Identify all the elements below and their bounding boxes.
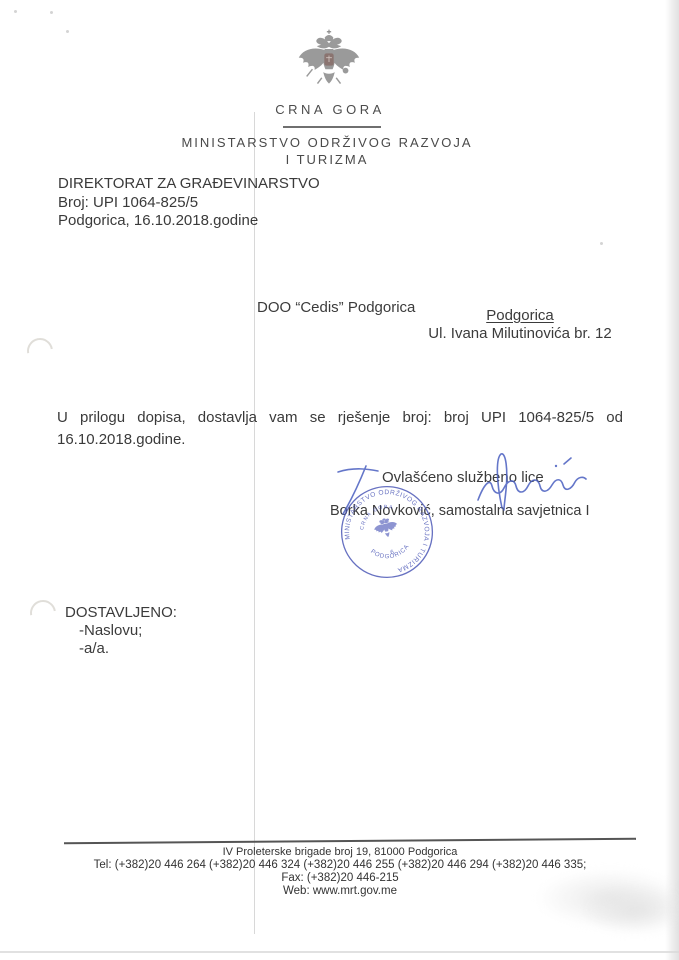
recipient-city: Podgorica [440,307,600,324]
header-rule [283,126,381,128]
body-line1: U prilogu dopisa, dostavlja vam se rješe… [57,407,623,429]
footer-website: Web: www.mrt.gov.me [40,885,640,897]
recipient-address: Ul. Ivana Milutinovića br. 12 [420,325,620,342]
scan-speck [66,30,69,33]
footer-street-address: IV Proleterske brigade broj 19, 81000 Po… [40,846,640,858]
distribution-title: DOSTAVLJENO: [65,604,177,621]
ministry-name-line1: MINISTARSTVO ODRŽIVOG RAZVOJA [147,135,507,150]
vertical-fold-line [254,112,255,934]
distribution-item: -Naslovu; [79,622,142,639]
country-name: CRNA GORA [230,102,430,117]
distribution-item: -a/a. [79,640,109,657]
footer-telephone: Tel: (+382)20 446 264 (+382)20 446 324 (… [40,859,640,871]
punch-hole [25,595,61,631]
place-and-date: Podgorica, 16.10.2018.godine [58,212,320,231]
case-number: Broj: UPI 1064-825/5 [58,194,320,213]
scan-speck [50,11,53,14]
punch-hole [22,333,58,369]
scan-bottom-edge-line [0,951,679,953]
reference-block: DIREKTORAT ZA GRAĐEVINARSTVO Broj: UPI 1… [58,175,320,231]
recipient-company: DOO “Cedis” Podgorica [257,299,415,316]
scan-right-edge-shadow [665,0,679,960]
montenegro-coat-of-arms-icon [293,27,365,97]
scan-speck [14,10,17,13]
ministry-name-line2: I TURIZMA [147,152,507,167]
footer-rule [64,838,636,844]
footer-fax: Fax: (+382)20 446-215 [40,872,640,884]
directorate-name: DIREKTORAT ZA GRAĐEVINARSTVO [58,175,320,194]
scanned-letter-page: CRNA GORA MINISTARSTVO ODRŽIVOG RAZVOJA … [0,0,679,960]
handwritten-signature-ink [328,444,598,528]
scan-speck [600,242,603,245]
